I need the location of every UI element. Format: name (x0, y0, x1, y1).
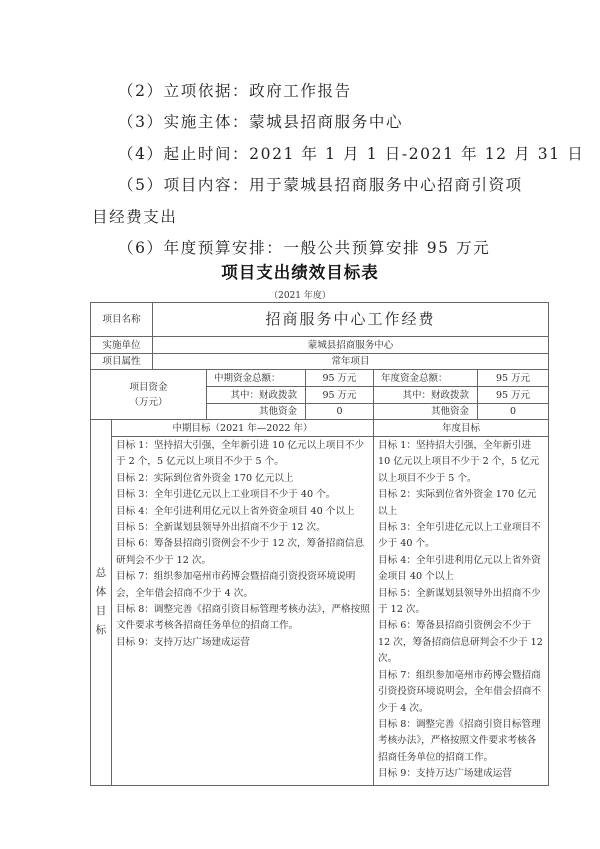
goal-item: 目标 3：全年引进亿元以上工业项目不少于 40 个。 (378, 520, 545, 553)
annual-fiscal-label: 其中：财政拨款 (374, 387, 478, 404)
table-row-unit: 实施单位 蒙城县招商服务中心 (91, 337, 549, 354)
annual-other-label: 其他资金 (374, 404, 478, 420)
paragraph-content-continued: 目经费支出 (92, 205, 178, 227)
goal-item: 目标 2：实际到位省外资金 170 亿元以上 (378, 487, 545, 520)
overall-goal-char: 目 (91, 602, 111, 621)
paragraph-basis: （2）立项依据：政府工作报告 (118, 79, 352, 101)
table-subtitle: （2021 年度） (0, 288, 600, 301)
overall-goal-label: 总 体 目 标 (91, 420, 112, 786)
overall-goal-char: 总 (91, 564, 111, 583)
goal-item: 目标 6：筹备县招商引资例会不少于 12 次，筹备招商信息研判会不少于 12 次… (116, 536, 370, 569)
goal-item: 目标 4：全年引进利用亿元以上省外资金项目 40 个以上 (116, 504, 370, 520)
table-row-goals-header: 总 体 目 标 中期目标（2021 年—2022 年） 年度目标 (91, 420, 549, 437)
goal-item: 目标 1：坚持招大引强，全年新引进 10 亿元以上项目不少于 2 个，5 亿元以… (378, 438, 545, 487)
mid-other-value: 0 (306, 404, 374, 420)
goal-item: 目标 1：坚持招大引强，全年新引进 10 亿元以上项目不少于 2 个，5 亿元以… (116, 438, 370, 471)
paragraph-period: （4）起止时间：2021 年 1 月 1 日-2021 年 12 月 31 日 (118, 142, 584, 164)
project-name-label: 项目名称 (91, 303, 153, 337)
goal-item: 目标 6：筹备县招商引资例会不少于 12 次，筹备招商信息研判会不少于 12 次… (378, 618, 545, 667)
mid-total-value: 95 万元 (306, 370, 374, 387)
goal-item: 目标 8：调整完善《招商引资目标管理考核办法》，严格按照文件要求考核各招商任务单… (116, 602, 370, 635)
goal-item: 目标 3：全年引进亿元以上工业项目不少于 40 个。 (116, 487, 370, 503)
project-name-value: 招商服务中心工作经费 (153, 303, 549, 337)
mid-goals-header: 中期目标（2021 年—2022 年） (112, 420, 374, 437)
overall-goal-char: 体 (91, 583, 111, 602)
goal-item: 目标 9：支持万达广场建成运营 (116, 635, 370, 651)
annual-goals-header: 年度目标 (374, 420, 549, 437)
unit-value: 蒙城县招商服务中心 (153, 337, 549, 354)
annual-goals-list: 目标 1：坚持招大引强，全年新引进 10 亿元以上项目不少于 2 个，5 亿元以… (374, 437, 549, 786)
goal-item: 目标 5：全新谋划县领导外出招商不少于 12 次。 (116, 520, 370, 536)
goal-item: 目标 5：全新谋划县领导外出招商不少于 12 次。 (378, 586, 545, 619)
funds-label-line2: （万元） (91, 395, 206, 410)
annual-total-value: 95 万元 (478, 370, 549, 387)
goal-item: 目标 8：调整完善《招商引资目标管理考核办法》，严格按照文件要求考核各招商任务单… (378, 717, 545, 766)
overall-goal-char: 标 (91, 621, 111, 640)
paragraph-content: （5）项目内容：用于蒙城县招商服务中心招商引资项 (118, 173, 523, 195)
paragraph-implementer: （3）实施主体：蒙城县招商服务中心 (118, 110, 403, 132)
table-row-project-name: 项目名称 招商服务中心工作经费 (91, 303, 549, 337)
goal-item: 目标 2：实际到位省外资金 170 亿元以上 (116, 471, 370, 487)
attribute-label: 项目属性 (91, 354, 153, 370)
goal-item: 目标 9：支持万达广场建成运营 (378, 766, 545, 782)
mid-other-label: 其他资金 (207, 404, 306, 420)
goal-item: 目标 4：全年引进利用亿元以上省外资金项目 40 个以上 (378, 553, 545, 586)
mid-total-label: 中期资金总额： (207, 370, 306, 387)
goal-item: 目标 7：组织参加亳州市药博会暨招商引资投资环境说明会，全年借会招商不少于 4 … (378, 668, 545, 717)
goal-item: 目标 7：组织参加亳州市药博会暨招商引资投资环境说明会，全年借会招商不少于 4 … (116, 569, 370, 602)
funds-label-line1: 项目资金 (91, 380, 206, 395)
unit-label: 实施单位 (91, 337, 153, 354)
attribute-value: 常年项目 (153, 354, 549, 370)
annual-other-value: 0 (478, 404, 549, 420)
performance-goal-table: 项目名称 招商服务中心工作经费 实施单位 蒙城县招商服务中心 项目属性 常年项目… (90, 302, 549, 786)
mid-fiscal-label: 其中：财政拨款 (207, 387, 306, 404)
mid-fiscal-value: 95 万元 (306, 387, 374, 404)
table-row-attribute: 项目属性 常年项目 (91, 354, 549, 370)
paragraph-budget: （6）年度预算安排：一般公共预算安排 95 万元 (118, 236, 490, 258)
mid-goals-list: 目标 1：坚持招大引强，全年新引进 10 亿元以上项目不少于 2 个，5 亿元以… (112, 437, 374, 786)
table-title: 项目支出绩效目标表 (0, 259, 600, 283)
table-row-funds-total: 项目资金 （万元） 中期资金总额： 95 万元 年度资金总额： 95 万元 (91, 370, 549, 387)
annual-total-label: 年度资金总额： (374, 370, 478, 387)
table-row-goals-body: 目标 1：坚持招大引强，全年新引进 10 亿元以上项目不少于 2 个，5 亿元以… (91, 437, 549, 786)
funds-label: 项目资金 （万元） (91, 370, 207, 420)
annual-fiscal-value: 95 万元 (478, 387, 549, 404)
